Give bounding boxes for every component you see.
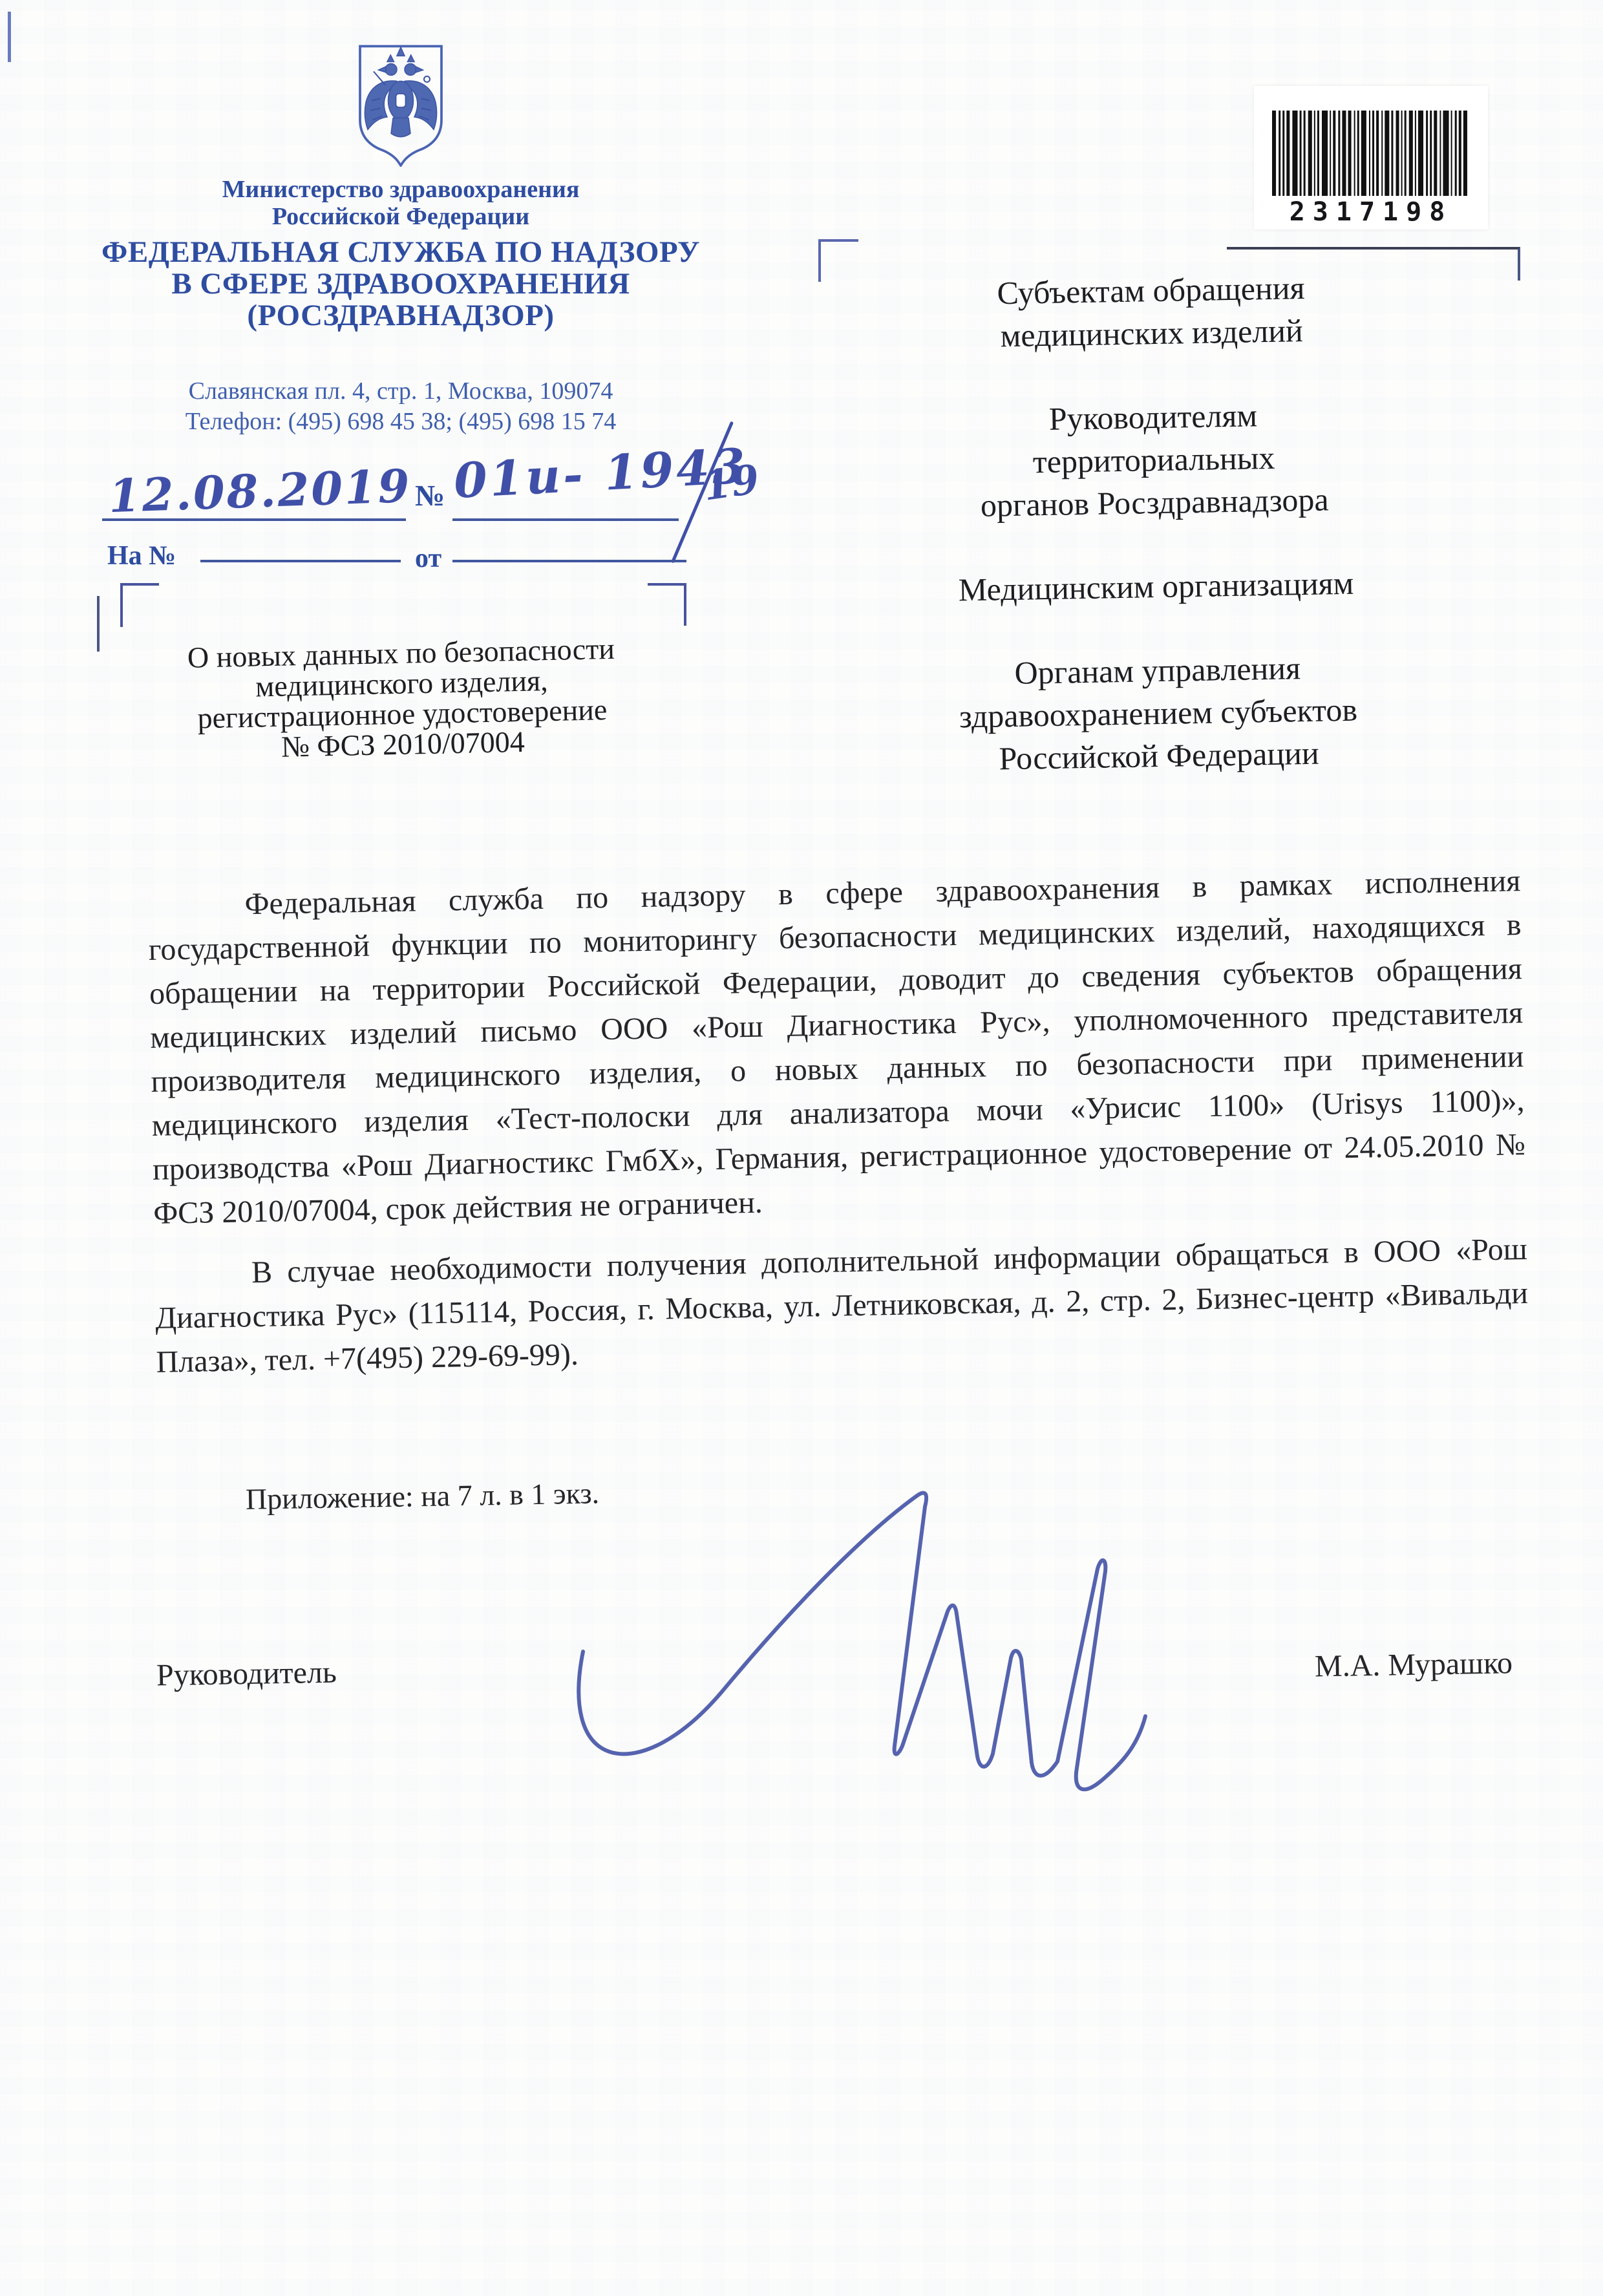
russia-coat-of-arms-emblem bbox=[352, 40, 449, 167]
body-paragraph: В случае необходимости получения дополни… bbox=[154, 1228, 1529, 1385]
ministry-title: Министерство здравоохранения Российской … bbox=[110, 176, 692, 230]
date-underline bbox=[102, 518, 406, 521]
scan-artifact bbox=[8, 12, 11, 62]
number-underline bbox=[452, 518, 679, 521]
reply-from-label: от bbox=[415, 543, 441, 574]
attachment-note: Приложение: на 7 л. в 1 экз. bbox=[246, 1476, 600, 1516]
addressee-group: Субъектам обращениямедицинских изделий bbox=[860, 264, 1443, 359]
corner-mark-subject-right bbox=[648, 583, 686, 626]
reply-date-blank-line bbox=[452, 560, 686, 562]
letterhead-address: Славянская пл. 4, стр. 1, Москва, 109074… bbox=[110, 376, 692, 437]
phone-line: Телефон: (495) 698 45 38; (495) 698 15 7… bbox=[110, 407, 692, 437]
signer-title: Руководитель bbox=[156, 1655, 337, 1694]
body-paragraph: Федеральная служба по надзору в сфере зд… bbox=[147, 859, 1527, 1236]
service-line: В СФЕРЕ ЗДРАВООХРАНЕНИЯ bbox=[97, 268, 705, 300]
ministry-line: Российской Федерации bbox=[110, 203, 692, 230]
addressee-line: Медицинским организациям bbox=[865, 560, 1447, 613]
addressee-list: Субъектам обращениямедицинских изделийРу… bbox=[860, 264, 1451, 824]
handwritten-signature-icon bbox=[556, 1458, 1170, 1800]
corner-mark-addressee-left bbox=[818, 239, 858, 282]
addressee-group: Руководителямтерриториальныхорганов Росз… bbox=[862, 390, 1445, 529]
handwritten-date: 12.08.2019 bbox=[108, 459, 412, 523]
scanned-letter-page: Министерство здравоохранения Российской … bbox=[0, 0, 1603, 2296]
reply-to-label: На № bbox=[107, 540, 176, 571]
service-line: ФЕДЕРАЛЬНАЯ СЛУЖБА ПО НАДЗОРУ bbox=[97, 237, 705, 268]
handwritten-number-suffix: 19 bbox=[700, 455, 762, 509]
addressee-group: Медицинским организациям bbox=[865, 560, 1447, 613]
service-line: (РОСЗДРАВНАДЗОР) bbox=[97, 300, 705, 332]
subject-block: О новых данных по безопасностимедицинско… bbox=[116, 632, 688, 765]
number-sign-label: № bbox=[415, 478, 445, 513]
scan-artifact bbox=[97, 596, 100, 652]
ministry-line: Министерство здравоохранения bbox=[110, 176, 692, 203]
reply-number-blank-line bbox=[200, 560, 401, 562]
signer-name: М.А. Мурашко bbox=[1306, 1645, 1513, 1685]
barcode-bars bbox=[1272, 111, 1470, 196]
service-title: ФЕДЕРАЛЬНАЯ СЛУЖБА ПО НАДЗОРУ В СФЕРЕ ЗД… bbox=[97, 237, 705, 332]
barcode-number: 2317198 bbox=[1254, 197, 1488, 227]
corner-mark-subject-left bbox=[120, 583, 159, 627]
letter-body: Федеральная служба по надзору в сфере зд… bbox=[147, 859, 1529, 1385]
addressee-group: Органам управленияздравоохранением субъе… bbox=[866, 644, 1450, 782]
barcode: 2317198 bbox=[1254, 86, 1488, 229]
address-line: Славянская пл. 4, стр. 1, Москва, 109074 bbox=[110, 376, 692, 407]
